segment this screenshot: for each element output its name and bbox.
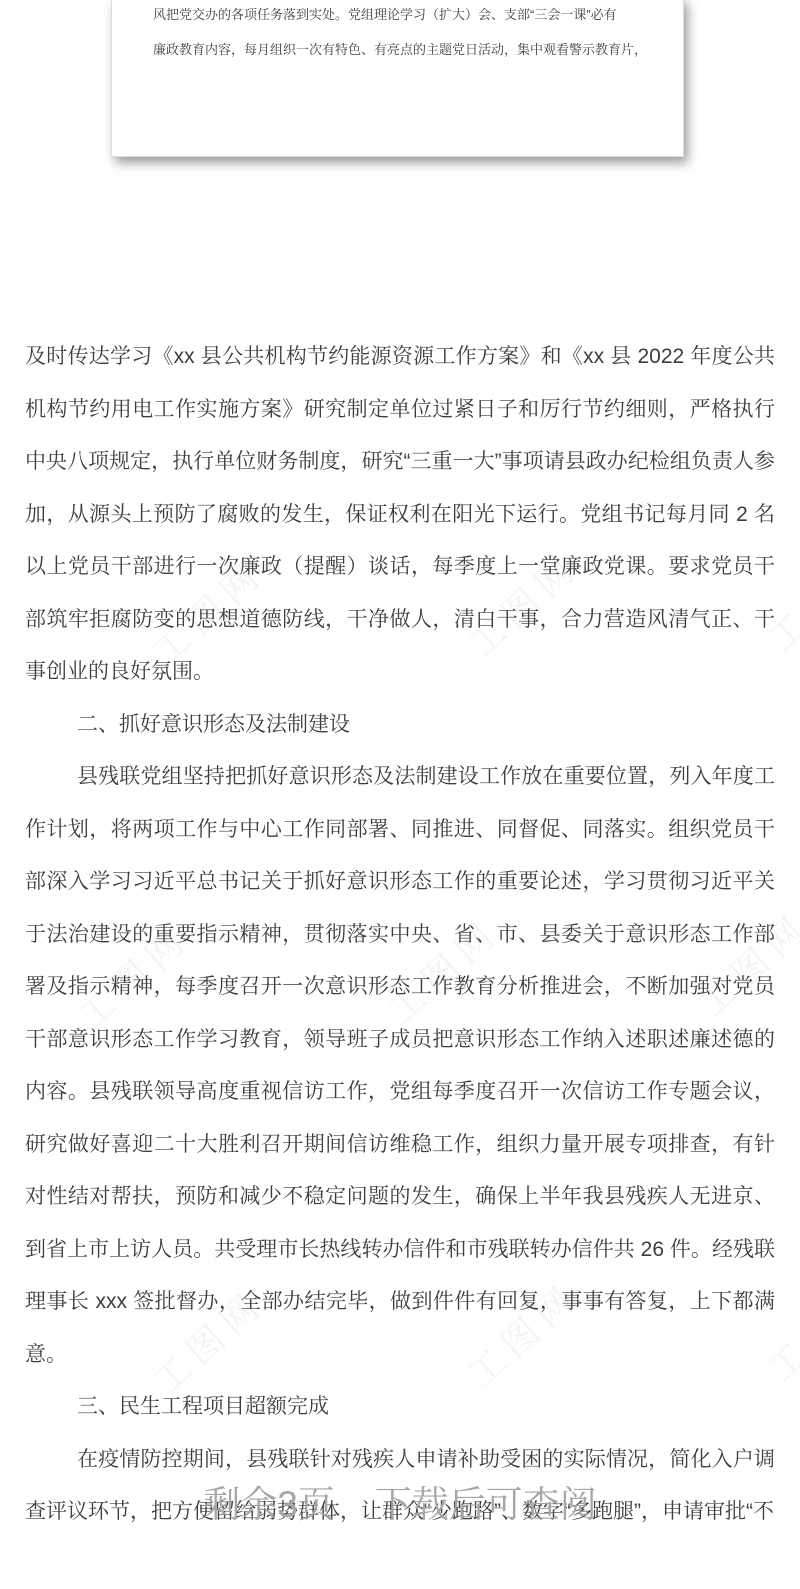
- section-heading-2: 二、抓好意识形态及法制建设: [25, 699, 775, 752]
- preview-card-line: 风把党交办的各项任务落到实处。党组理论学习（扩大）会、支部“三会一课”必有: [153, 0, 639, 32]
- preview-card-line: 廉政教育内容，每月组织一次有特色、有亮点的主题党日活动，集中观看警示教育片，: [153, 32, 639, 67]
- page-preview-card: 风把党交办的各项任务落到实处。党组理论学习（扩大）会、支部“三会一课”必有 廉政…: [111, 0, 684, 157]
- download-hint: 下载后可查阅: [375, 1484, 597, 1525]
- paragraph-body: 县残联党组坚持把抓好意识形态及法制建设工作放在重要位置，列入年度工作计划，将两项…: [25, 751, 775, 1381]
- remaining-pages-notice: 剩余3页下载后可查阅: [0, 1481, 800, 1529]
- remaining-pages-count: 剩余3页: [203, 1484, 335, 1525]
- paragraph-continuation: 及时传达学习《xx 县公共机构节约能源资源工作方案》和《xx 县 2022 年度…: [25, 331, 775, 699]
- document-body: 及时传达学习《xx 县公共机构节约能源资源工作方案》和《xx 县 2022 年度…: [25, 331, 775, 1539]
- section-heading-3: 三、民生工程项目超额完成: [25, 1381, 775, 1434]
